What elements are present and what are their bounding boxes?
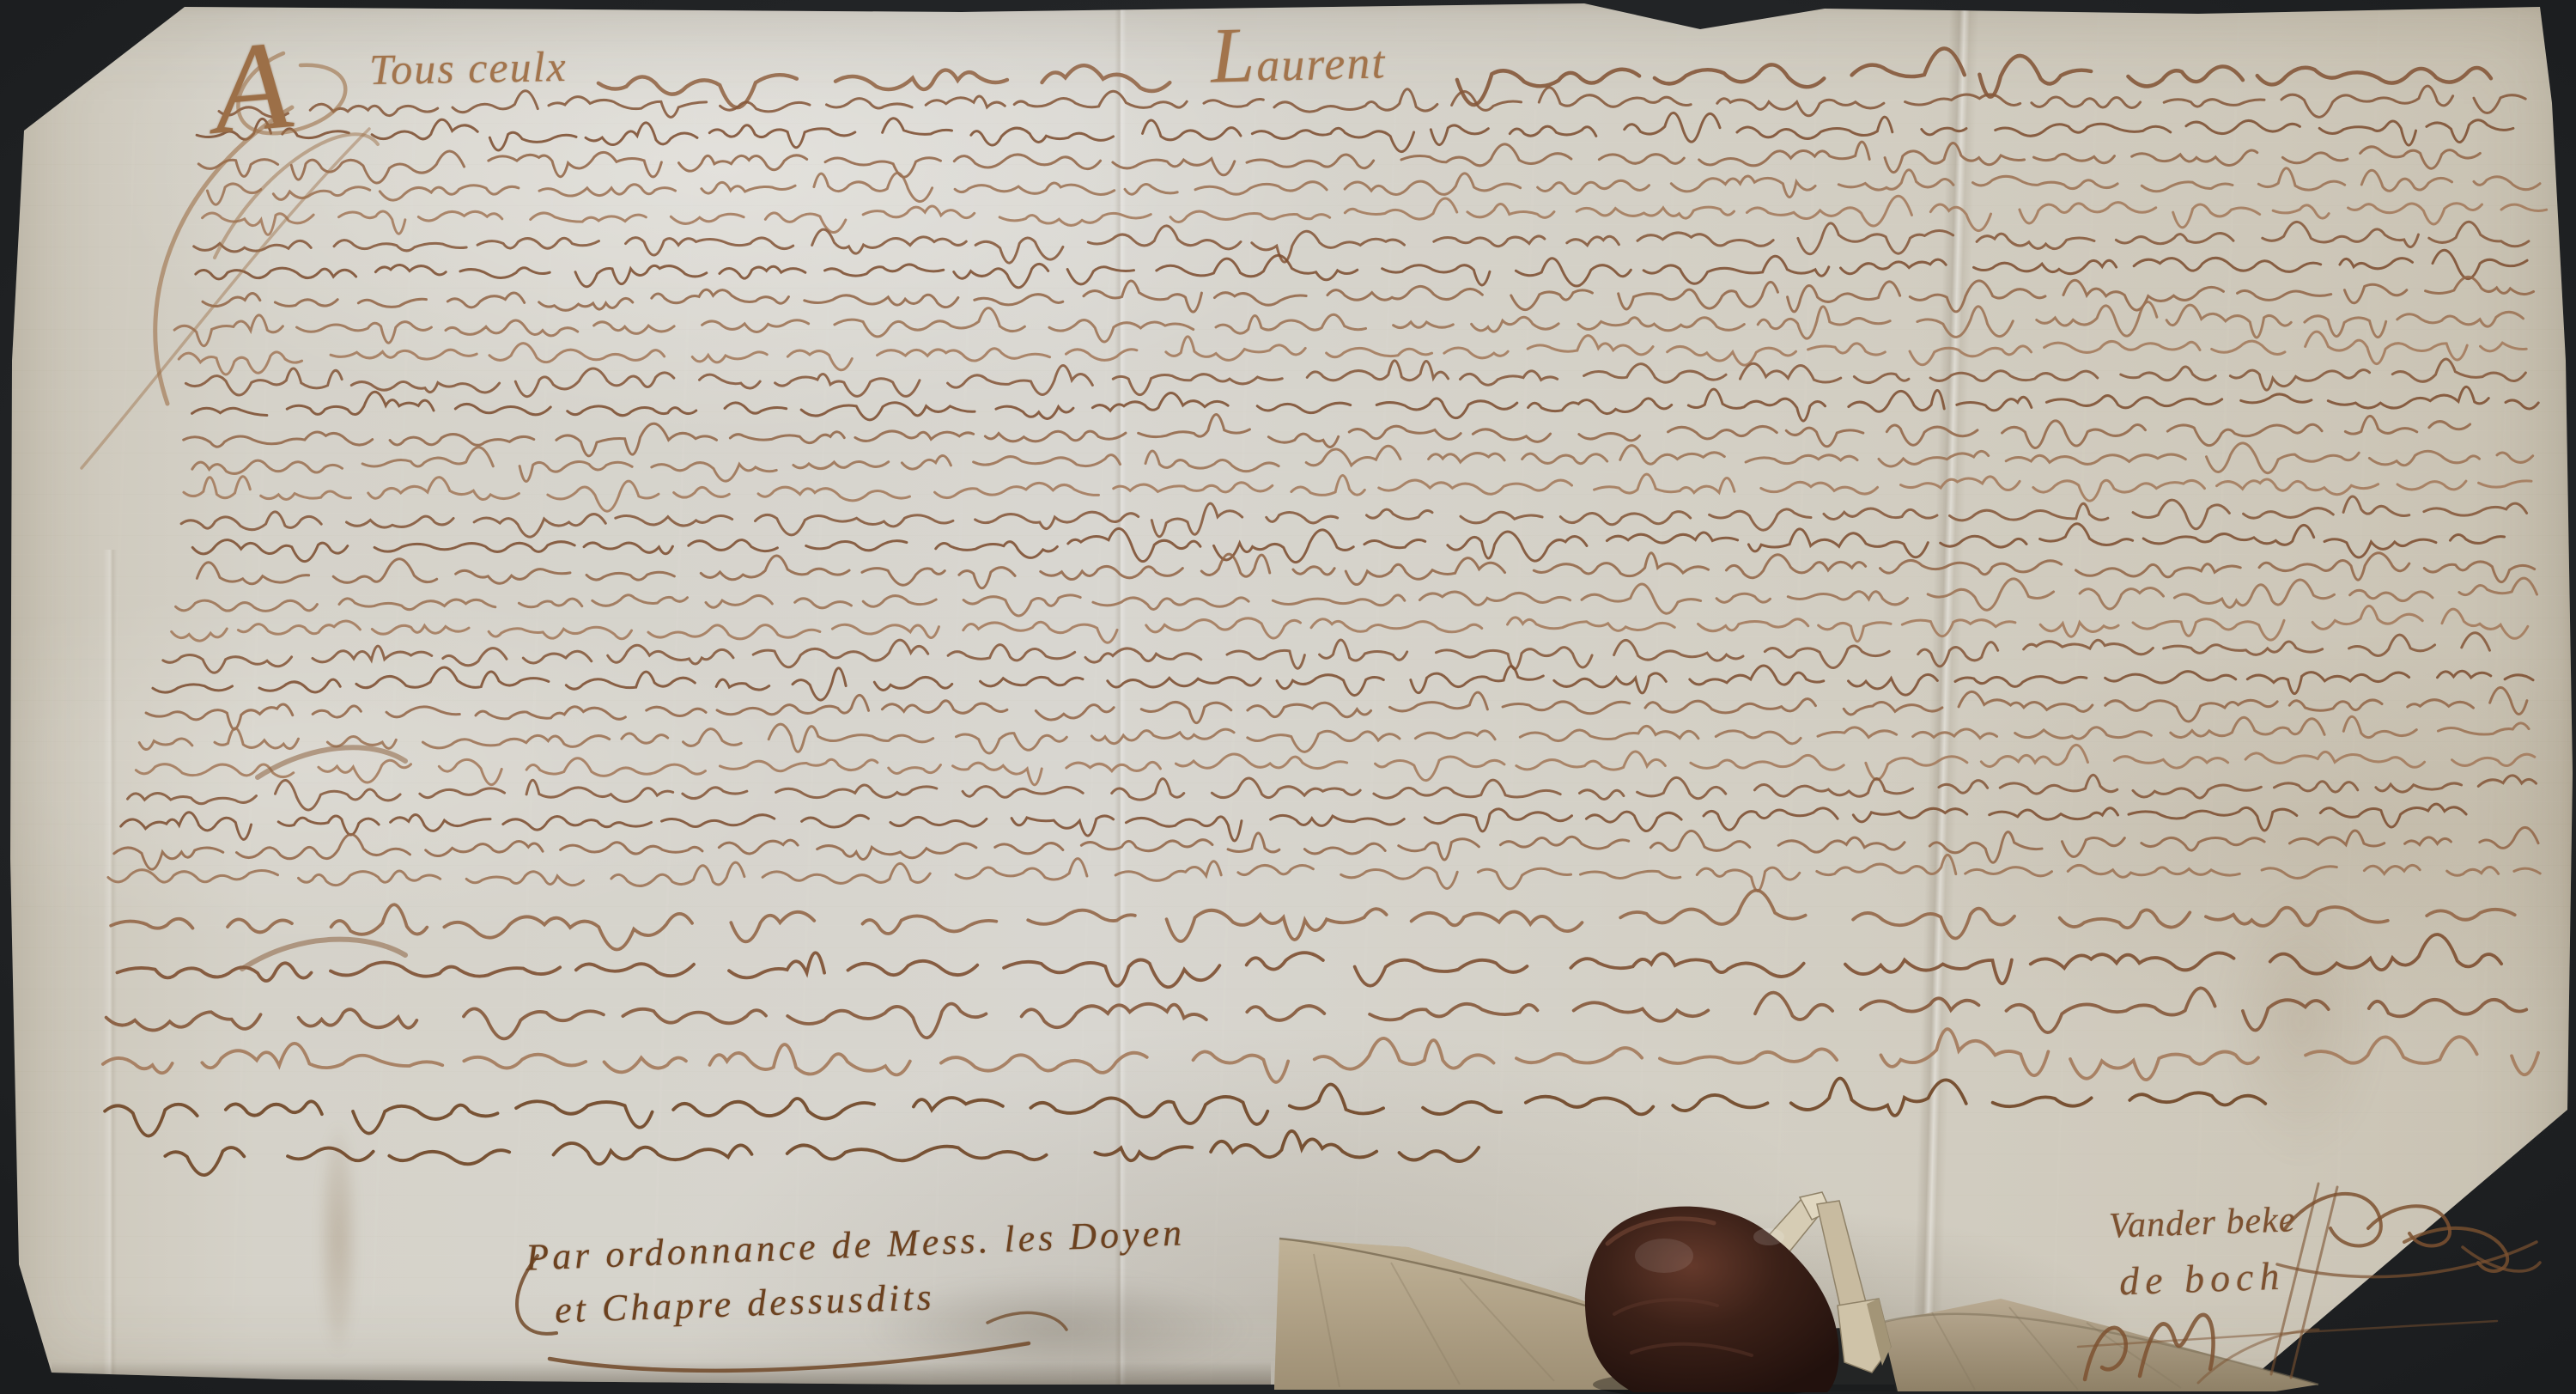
decorated-initial-flourish bbox=[82, 53, 378, 468]
overlay-art bbox=[0, 0, 2576, 1394]
marginal-swash bbox=[242, 747, 405, 969]
signature-flourish bbox=[2271, 1184, 2540, 1378]
photo-background: A Tous ceulx Laurent Par ordonnance de M… bbox=[0, 0, 2576, 1394]
subscription-flourish bbox=[517, 1256, 1066, 1371]
